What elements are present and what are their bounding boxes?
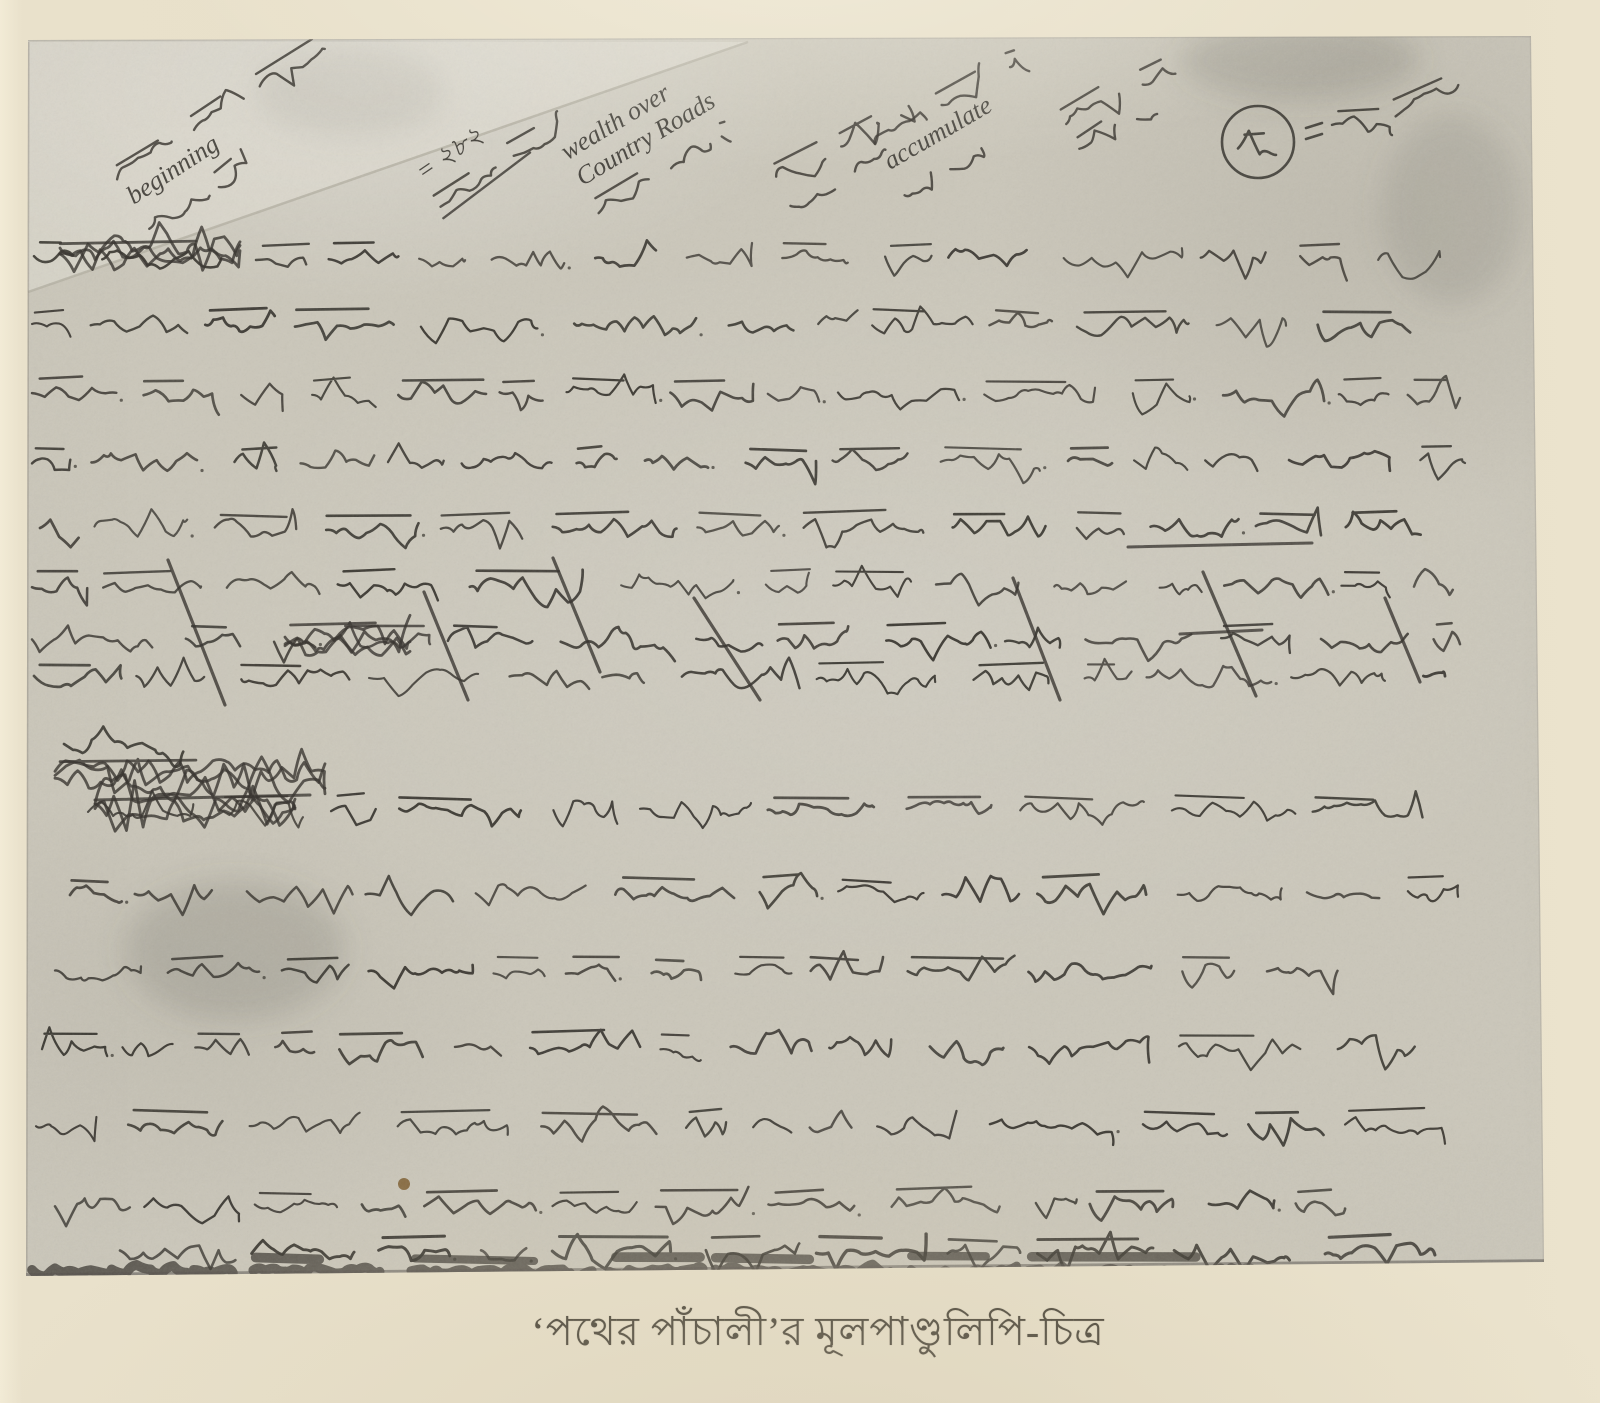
- photo-caption: ‘পথের পাঁচালী’র মূলপাণ্ডুলিপি-চিত্র: [531, 1300, 1104, 1367]
- scanned-book-page: beginning= ২৮২wealth overCountry Roadsac…: [0, 0, 1600, 1403]
- handwriting-svg: beginning= ২৮২wealth overCountry Roadsac…: [0, 0, 1600, 1403]
- halftone-grain-coarse: [24, 34, 1548, 1280]
- caption-row: ‘পথের পাঁচালী’র মূলপাণ্ডুলিপি-চিত্র: [0, 1300, 1600, 1367]
